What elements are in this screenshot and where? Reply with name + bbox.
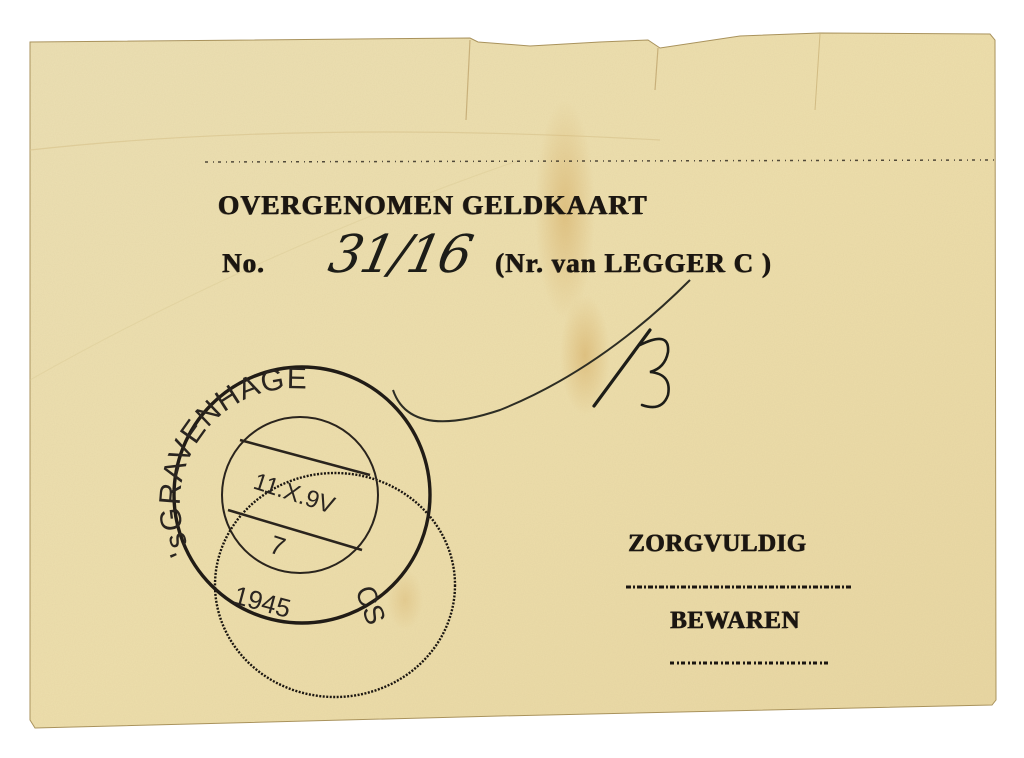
instruction-keep: BEWAREN [670,607,800,635]
number-label: No. [222,248,265,279]
document-title: OVERGENOMEN GELDKAART [218,190,648,221]
instruction-careful: ZORGVULDIG [628,530,807,558]
scanned-money-card: OVERGENOMEN GELDKAART No. 31/16 (Nr. van… [0,0,1024,758]
paper-background [0,0,1024,758]
ledger-reference: (Nr. van LEGGER C ) [495,248,772,279]
handwritten-number: 31/16 [324,225,477,285]
